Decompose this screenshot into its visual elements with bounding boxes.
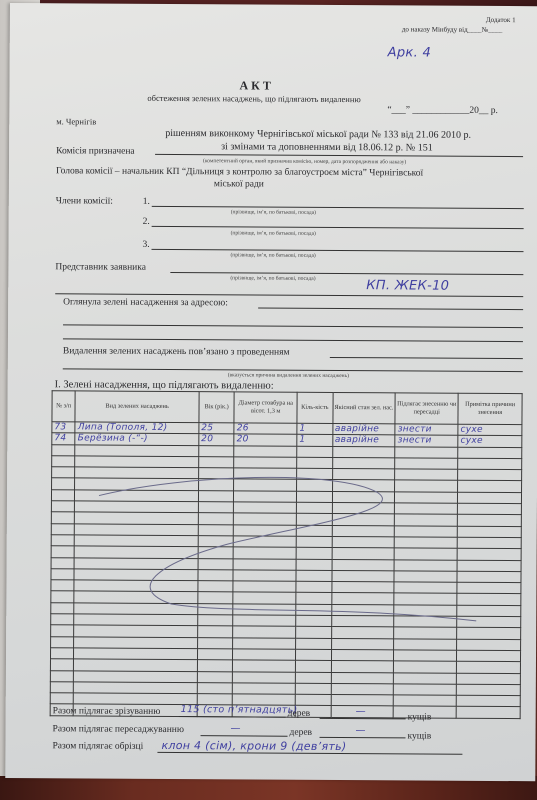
table-cell-empty[interactable] (198, 592, 234, 604)
member-1-field[interactable] (152, 206, 524, 209)
member-2-hint: (прізвище, ім’я, по батькові, посада) (231, 230, 316, 237)
table-cell[interactable]: аварійне (332, 435, 395, 447)
table-cell-empty[interactable] (458, 469, 522, 481)
table-cell[interactable]: 26 (234, 423, 297, 435)
table-cell-empty[interactable] (295, 683, 331, 695)
table-cell-empty[interactable] (198, 581, 234, 593)
table-cell-empty[interactable] (457, 571, 521, 583)
member-1-number: 1. (143, 197, 150, 207)
table-cell-empty[interactable] (50, 682, 73, 693)
table-cell-empty[interactable] (296, 638, 332, 650)
transplant-bushes-label: кущів (407, 731, 431, 741)
table-cell-empty[interactable] (198, 558, 234, 570)
table-cell-empty[interactable] (332, 457, 395, 469)
table-cell-empty[interactable] (74, 591, 198, 603)
table-cell-empty[interactable] (197, 660, 233, 672)
table-cell-empty[interactable] (51, 557, 74, 568)
table-cell[interactable]: 25 (199, 423, 235, 435)
table-cell-empty[interactable] (394, 684, 457, 696)
table-cell-empty[interactable] (51, 636, 74, 647)
table-cell-empty[interactable] (233, 570, 296, 582)
table-cell[interactable]: 1 (297, 435, 333, 447)
table-cell-empty[interactable] (51, 490, 74, 501)
table-cell-empty[interactable] (75, 444, 199, 456)
table-cell-empty[interactable] (233, 649, 296, 661)
table-cell-empty[interactable] (234, 457, 297, 469)
table-cell-empty[interactable] (296, 660, 332, 672)
table-cell-empty[interactable] (456, 695, 520, 707)
commission-appointed-value-2: зі змінами та доповненнями від 18.06.12 … (221, 141, 433, 153)
member-2-number: 2. (143, 217, 150, 227)
table-cell-empty[interactable] (74, 682, 198, 694)
table-cell-empty[interactable] (332, 480, 395, 492)
table-cell-empty[interactable] (74, 625, 198, 637)
table-cell-empty[interactable] (198, 524, 234, 536)
table-cell-empty[interactable] (74, 637, 198, 649)
table-cell-empty[interactable] (296, 615, 332, 627)
table-cell-empty[interactable] (234, 468, 297, 480)
table-cell-empty[interactable] (50, 670, 73, 681)
member-3-hint: (прізвище, ім’я, по батькові, посада) (230, 252, 315, 259)
table-cell-empty[interactable] (233, 592, 296, 604)
cut-trees-label: дерев (288, 709, 311, 719)
table-cell-empty[interactable] (197, 649, 233, 661)
table-cell-empty[interactable] (296, 570, 332, 582)
table-cell-empty[interactable] (199, 445, 235, 457)
table-cell-empty[interactable] (296, 604, 332, 616)
commission-head-line-2: міської ради (214, 179, 264, 189)
table-cell-empty[interactable] (458, 492, 522, 504)
table-cell-empty[interactable] (234, 445, 297, 457)
table-cell[interactable]: знести (395, 435, 458, 447)
appendix-label: Додаток 1 (486, 16, 516, 24)
commission-appointed-hint: (компетентний орган, який призначив комі… (203, 158, 406, 165)
table-cell-empty[interactable] (233, 536, 296, 548)
table-cell[interactable]: сухе (458, 436, 522, 448)
table-cell-empty[interactable] (332, 469, 395, 481)
table-cell-empty[interactable] (457, 639, 521, 651)
table-cell-empty[interactable] (233, 581, 296, 593)
prune-total-value: клон 4 (сім), крони 9 (дев’ять) (161, 739, 346, 753)
table-cell-empty[interactable] (198, 570, 234, 582)
table-cell-empty[interactable] (394, 582, 457, 594)
table-cell-empty[interactable] (458, 503, 522, 515)
table-cell-empty[interactable] (457, 526, 521, 538)
reason-line-2[interactable] (63, 368, 523, 372)
prune-total-label: Разом підлягає обрізці (52, 741, 143, 752)
col-age: Вік (рік.) (199, 392, 235, 423)
transplant-bushes-value: — (356, 725, 366, 736)
table-cell-empty[interactable] (233, 626, 296, 638)
table-cell[interactable]: Липа (Тополя, 12) (75, 422, 199, 434)
table-cell-empty[interactable] (297, 446, 333, 458)
table-cell-empty[interactable] (332, 446, 395, 458)
address-line-3[interactable] (63, 338, 523, 342)
table-cell[interactable]: 20 (199, 434, 235, 446)
transplant-total-value: — (231, 723, 241, 734)
table-cell-empty[interactable] (75, 478, 199, 490)
reason-hint: (вказується причина видалення зелених на… (228, 372, 349, 379)
table-cell-empty[interactable] (296, 649, 332, 661)
table-header-row: № з/п Вид зелених насаджень Вік (рік.) Д… (52, 391, 522, 425)
table-cell-empty[interactable] (74, 659, 198, 671)
address-field[interactable] (258, 308, 523, 311)
table-cell-empty[interactable] (457, 661, 521, 673)
table-cell-empty[interactable] (332, 491, 395, 503)
table-cell-empty[interactable] (51, 523, 74, 534)
col-quantity: Кіль-кість (297, 392, 333, 423)
table-cell-empty[interactable] (395, 446, 458, 458)
table-cell-empty[interactable] (331, 683, 394, 695)
transplant-total-field[interactable] (201, 735, 288, 737)
table-cell-empty[interactable] (395, 492, 458, 504)
table-cell[interactable]: знести (395, 424, 458, 436)
member-2-field[interactable] (152, 226, 524, 229)
cut-total-field[interactable] (179, 716, 286, 718)
table-cell-empty[interactable] (331, 649, 394, 661)
table-cell-empty[interactable] (234, 491, 297, 503)
table-cell-empty[interactable] (457, 549, 521, 561)
table-cell-empty[interactable] (394, 695, 457, 707)
table-cell-empty[interactable] (74, 603, 198, 615)
table-cell-empty[interactable] (52, 467, 75, 478)
transplant-bushes-field[interactable] (320, 737, 406, 739)
col-diameter: Діаметр стовбура на вісот. 1,3 м (234, 392, 297, 423)
table-cell-empty[interactable] (331, 638, 394, 650)
address-label: Оглянула зелені насадження за адресою: (63, 297, 228, 308)
table-cell-empty[interactable] (198, 479, 234, 491)
table-cell-empty[interactable] (51, 569, 74, 580)
table-cell-empty[interactable] (74, 614, 198, 626)
trees-table: № з/п Вид зелених насаджень Вік (рік.) Д… (50, 390, 523, 719)
table-cell-empty[interactable] (296, 525, 332, 537)
col-condition: Якісний стан зел. нас. (332, 392, 395, 423)
table-cell-empty[interactable] (297, 468, 333, 480)
table-cell[interactable]: Берёзина (-“-) (75, 433, 199, 445)
table-cell-empty[interactable] (331, 593, 394, 605)
table-cell-empty[interactable] (331, 604, 394, 616)
table-cell-empty[interactable] (457, 537, 521, 549)
reason-label: Видалення зелених насаджень пов’язано з … (63, 346, 290, 357)
table-cell-empty[interactable] (296, 536, 332, 548)
table-cell-empty[interactable] (51, 546, 74, 557)
table-cell-empty[interactable] (198, 502, 234, 514)
table-cell-empty[interactable] (74, 580, 198, 592)
table-cell-empty[interactable] (331, 616, 394, 628)
table-cell-empty[interactable] (198, 513, 234, 525)
table-cell-empty[interactable] (198, 615, 234, 627)
table-cell-empty[interactable] (295, 694, 331, 706)
cut-bushes-field[interactable] (320, 718, 406, 720)
table-cell-empty[interactable] (197, 682, 233, 694)
table-cell-empty[interactable] (394, 605, 457, 617)
table-cell-empty[interactable] (458, 447, 522, 459)
applicant-value: КП. ЖЕК-10 (366, 278, 449, 294)
table-cell[interactable]: 1 (297, 423, 333, 435)
table-cell-empty[interactable] (50, 648, 73, 659)
table-cell-empty[interactable] (74, 569, 198, 581)
table-cell-empty[interactable] (198, 603, 234, 615)
table-cell-empty[interactable] (51, 614, 74, 625)
applicant-label: Представник заявника (55, 262, 146, 273)
table-cell-empty[interactable] (198, 547, 234, 559)
table-cell-empty[interactable] (394, 593, 457, 605)
table-cell-empty[interactable] (458, 481, 522, 493)
table-cell-empty[interactable] (394, 638, 457, 650)
table-cell-empty[interactable] (51, 501, 74, 512)
table-cell-empty[interactable] (234, 479, 297, 491)
table-cell-empty[interactable] (296, 502, 332, 514)
table-cell-empty[interactable] (52, 456, 75, 467)
table-cell-empty[interactable] (395, 469, 458, 481)
table-cell-empty[interactable] (331, 695, 394, 707)
table-cell[interactable]: 74 (52, 433, 75, 444)
table-cell-empty[interactable] (395, 458, 458, 470)
transplant-trees-label: дерев (290, 728, 313, 738)
table-cell-empty[interactable] (74, 535, 198, 547)
table-cell[interactable]: 73 (52, 422, 75, 433)
table-cell-empty[interactable] (394, 650, 457, 662)
table-cell-empty[interactable] (234, 525, 297, 537)
table-cell-empty[interactable] (50, 693, 73, 704)
cut-total-label: Разом підлягає зрізуванню (53, 706, 161, 717)
table-cell-empty[interactable] (234, 502, 297, 514)
table-cell-empty[interactable] (233, 683, 296, 695)
col-action: Підлягає знесенню чи пересадці (395, 393, 458, 424)
member-3-field[interactable] (151, 249, 523, 252)
table-cell-empty[interactable] (52, 444, 75, 455)
table-cell-empty[interactable] (457, 515, 521, 527)
table-cell-empty[interactable] (198, 468, 234, 480)
table-cell-empty[interactable] (297, 480, 333, 492)
city-label: м. Чернігів (56, 116, 96, 126)
table-cell-empty[interactable] (296, 627, 332, 639)
table-cell-empty[interactable] (197, 626, 233, 638)
table-cell-empty[interactable] (395, 537, 458, 549)
table-cell-empty[interactable] (52, 478, 75, 489)
table-cell-empty[interactable] (457, 605, 521, 617)
table-cell-empty[interactable] (234, 513, 297, 525)
table-cell-empty[interactable] (74, 648, 198, 660)
table-cell-empty[interactable] (197, 671, 233, 683)
table-cell-empty[interactable] (51, 512, 74, 523)
table-cell-empty[interactable] (456, 684, 520, 696)
table-cell-empty[interactable] (51, 603, 74, 614)
table-cell-empty[interactable] (331, 627, 394, 639)
table-cell-empty[interactable] (296, 514, 332, 526)
document-subtitle: обстеження зелених насаджень, що підляга… (147, 93, 360, 104)
table-cell-empty[interactable] (197, 637, 233, 649)
table-cell-empty[interactable] (394, 627, 457, 639)
table-cell-empty[interactable] (198, 490, 234, 502)
table-cell-empty[interactable] (75, 467, 199, 479)
col-note: Примітка причини знесення (458, 393, 522, 424)
applicant-extra-line[interactable] (55, 293, 523, 297)
members-label: Члени комісії: (56, 196, 113, 206)
table-cell[interactable]: 20 (234, 434, 297, 446)
commission-head-line-1: Голова комісії – начальник КП “Дільниця … (56, 166, 423, 178)
table-cell-empty[interactable] (394, 571, 457, 583)
table-cell-empty[interactable] (394, 672, 457, 684)
table-cell-empty[interactable] (75, 501, 199, 513)
cut-total-value: 115 (сто п’ятнадцять) (181, 704, 298, 716)
order-reference: до наказу Мінбуду від____№____ (402, 25, 503, 34)
table-cell-empty[interactable] (457, 594, 521, 606)
table-cell-empty[interactable] (331, 672, 394, 684)
table-cell-empty[interactable] (296, 593, 332, 605)
table-cell-empty[interactable] (233, 671, 296, 683)
table-cell[interactable]: аварійне (332, 423, 395, 435)
document-page: Додаток 1 до наказу Мінбуду від____№____… (5, 3, 537, 781)
applicant-hint: (прізвище, ім’я, по батькові, посада) (230, 275, 315, 282)
table-cell-empty[interactable] (74, 546, 198, 558)
table-cell-empty[interactable] (297, 491, 333, 503)
cut-bushes-value: — (356, 706, 366, 717)
table-cell-empty[interactable] (75, 490, 199, 502)
transplant-total-label: Разом підлягає пересаджуванню (53, 724, 184, 735)
table-cell-empty[interactable] (74, 693, 198, 705)
table-cell-empty[interactable] (332, 559, 395, 571)
table-cell-empty[interactable] (458, 458, 522, 470)
col-number: № з/п (52, 391, 75, 422)
table-cell-empty[interactable] (296, 559, 332, 571)
table-cell[interactable]: сухе (458, 424, 522, 436)
reason-field[interactable] (330, 357, 523, 359)
table-cell-empty[interactable] (233, 615, 296, 627)
table-cell-empty[interactable] (295, 672, 331, 684)
table-cell-empty[interactable] (395, 503, 458, 515)
table-cell-empty[interactable] (457, 560, 521, 572)
table-cell-empty[interactable] (51, 535, 74, 546)
table-cell-empty[interactable] (332, 548, 395, 560)
table-cell-empty[interactable] (74, 670, 198, 682)
table-cell-empty[interactable] (51, 591, 74, 602)
commission-appointed-value-1: рішенням виконкому Чернігівської міської… (165, 128, 471, 141)
table-cell-empty[interactable] (233, 547, 296, 559)
table-cell-empty[interactable] (233, 558, 296, 570)
table-cell-empty[interactable] (331, 661, 394, 673)
table-cell-empty[interactable] (233, 638, 296, 650)
applicant-field[interactable] (170, 272, 523, 275)
member-1-hint: (прізвище, ім’я, по батькові, посада) (231, 209, 316, 216)
table-cell-empty[interactable] (332, 525, 395, 537)
table-cell-empty[interactable] (233, 660, 296, 672)
table-cell-empty[interactable] (395, 514, 458, 526)
member-3-number: 3. (142, 240, 149, 250)
table-cell-empty[interactable] (50, 659, 73, 670)
table-cell-empty[interactable] (332, 514, 395, 526)
commission-appointed-line[interactable] (155, 154, 523, 157)
table-cell-empty[interactable] (457, 650, 521, 662)
table-cell-empty[interactable] (296, 581, 332, 593)
table-cell-empty[interactable] (395, 480, 458, 492)
document-title: АКТ (239, 78, 273, 93)
table-cell-empty[interactable] (332, 503, 395, 515)
table-cell-empty[interactable] (394, 559, 457, 571)
table-cell-empty[interactable] (75, 524, 199, 536)
table-cell-empty[interactable] (296, 548, 332, 560)
table-cell-empty[interactable] (199, 457, 235, 469)
table-cell-empty[interactable] (457, 582, 521, 594)
table-cell-empty[interactable] (331, 582, 394, 594)
table-cell-empty[interactable] (456, 707, 520, 719)
table-cell-empty[interactable] (51, 625, 74, 636)
table-cell-empty[interactable] (297, 457, 333, 469)
table-cell-empty[interactable] (233, 604, 296, 616)
table-cell-empty[interactable] (74, 557, 198, 569)
col-species: Вид зелених насаджень (75, 391, 199, 423)
commission-appointed-label: Комісія призначена (56, 146, 135, 156)
table-cell-empty[interactable] (457, 616, 521, 628)
table-cell-empty[interactable] (394, 548, 457, 560)
table-cell-empty[interactable] (395, 526, 458, 538)
date-field[interactable]: “___” ____________20__ р. (387, 105, 498, 116)
table-cell-empty[interactable] (75, 512, 199, 524)
table-cell-empty[interactable] (51, 580, 74, 591)
table-cell-empty[interactable] (75, 456, 199, 468)
table-cell-empty[interactable] (457, 628, 521, 640)
cut-bushes-label: кущів (408, 712, 432, 722)
table-cell-empty[interactable] (394, 616, 457, 628)
handwritten-sheet-number: Арк. 4 (388, 45, 431, 60)
table-cell-empty[interactable] (332, 570, 395, 582)
table-cell-empty[interactable] (198, 536, 234, 548)
table-cell-empty[interactable] (332, 536, 395, 548)
table-cell-empty[interactable] (456, 673, 520, 685)
table-cell-empty[interactable] (394, 661, 457, 673)
address-line-2[interactable] (63, 324, 523, 328)
